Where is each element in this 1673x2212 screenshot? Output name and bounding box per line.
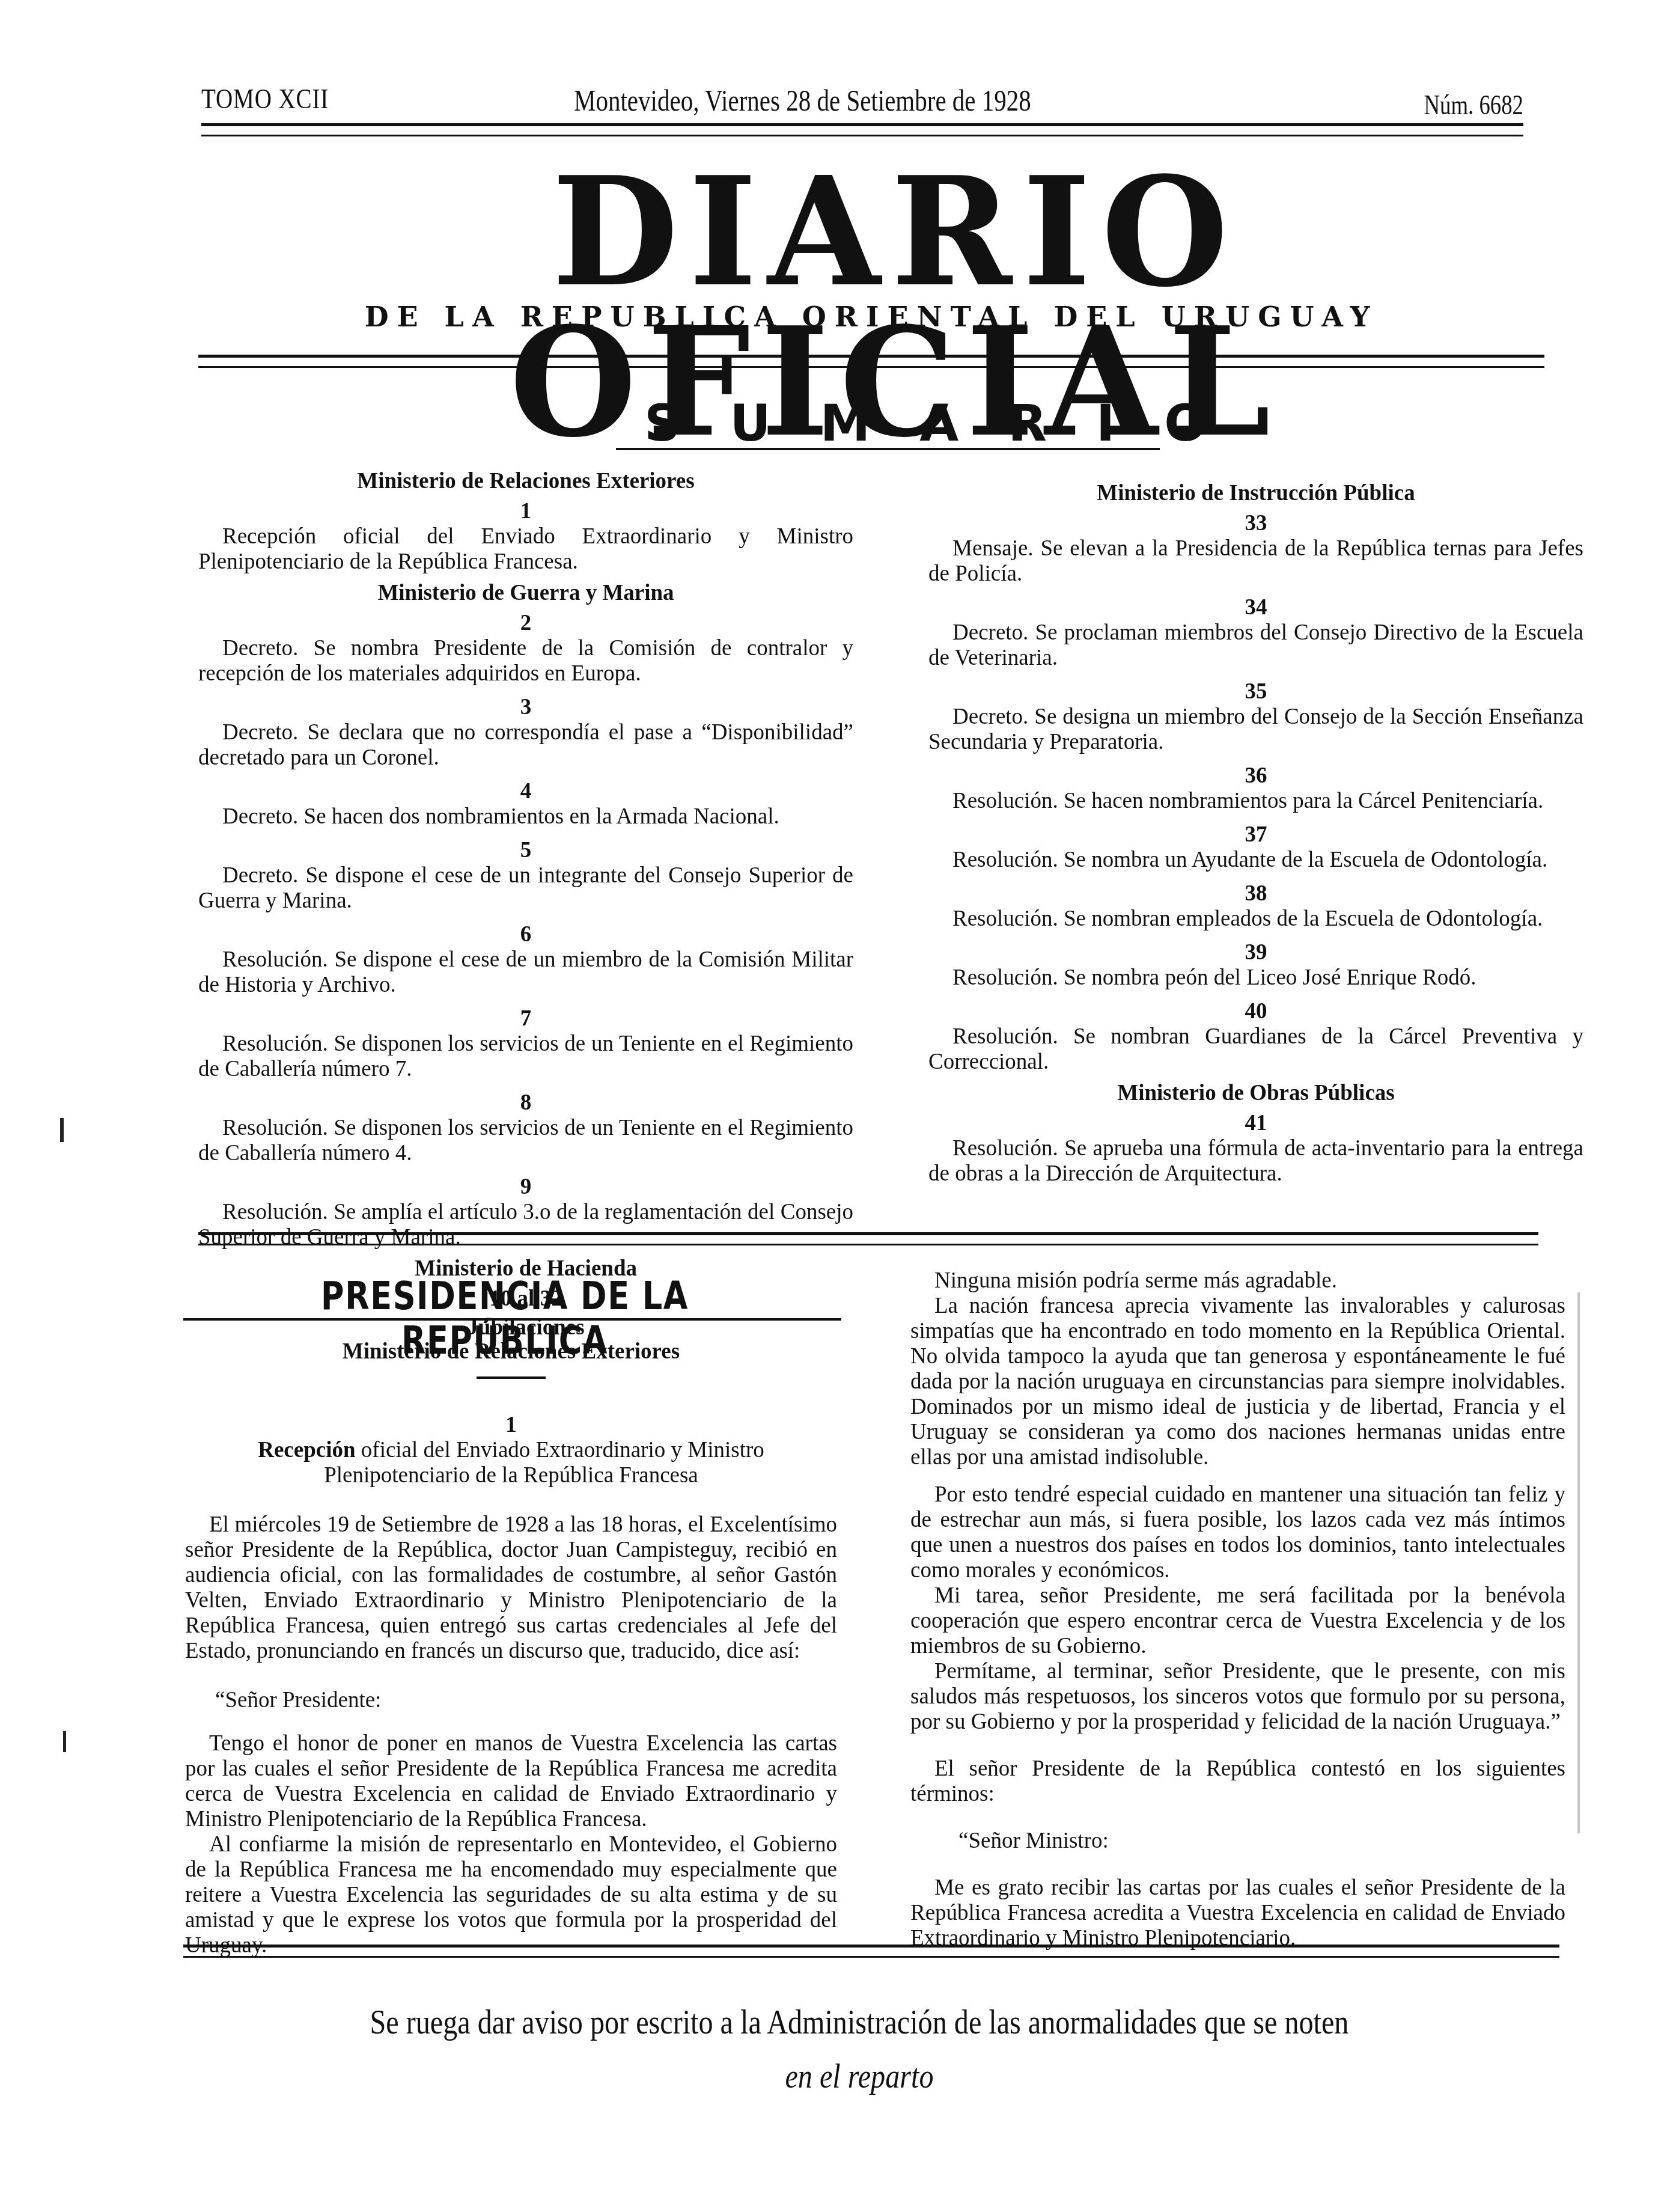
- summary-item: Resolución. Se disponen los servicios de…: [198, 1031, 853, 1082]
- summary-item-number: 3: [198, 695, 853, 720]
- summary-item: Decreto. Se nombra Presidente de la Comi…: [198, 636, 853, 686]
- article-headline-bold: Recepción: [258, 1438, 355, 1462]
- place-date: Montevideo, Viernes 28 de Setiembre de 1…: [574, 83, 1031, 118]
- summary-item: Resolución. Se nombran empleados de la E…: [928, 906, 1583, 932]
- summary-item: Resolución. Se nombra peón del Liceo Jos…: [928, 965, 1583, 991]
- summary-ministry-heading: Ministerio de Guerra y Marina: [198, 581, 853, 606]
- summary-item: Resolución. Se disponen los servicios de…: [198, 1116, 853, 1166]
- summary-item: Resolución. Se aprueba una fórmula de ac…: [928, 1136, 1583, 1187]
- summary-item-number: 5: [198, 838, 853, 863]
- summary-ministry-heading: Ministerio de Instrucción Pública: [928, 481, 1583, 506]
- summary-ministry-heading: Ministerio de Relaciones Exteriores: [198, 469, 853, 494]
- summary-item-number: 33: [928, 511, 1583, 536]
- article-ministry: Ministerio de Relaciones Exteriores: [185, 1339, 837, 1364]
- summary-item-number: 4: [198, 779, 853, 804]
- article-left-column: Ministerio de Relaciones Exteriores 1 Re…: [185, 1334, 837, 1958]
- summary-item-number: 6: [198, 922, 853, 947]
- article-paragraph: Mi tarea, señor Presidente, me será faci…: [910, 1583, 1565, 1659]
- subtitle-rule: [198, 355, 1544, 368]
- summary-item-number: 35: [928, 679, 1583, 704]
- article-right-column: Ninguna misión podría serme más agradabl…: [910, 1268, 1565, 1951]
- summary-item-number: 34: [928, 595, 1583, 620]
- article-paragraph: El señor Presidente de la República cont…: [910, 1756, 1565, 1807]
- sumario-heading: SUMARIO: [595, 394, 1215, 453]
- scan-edge-noise: [1577, 1292, 1580, 1833]
- article-headline-rest: oficial del Enviado Extraordinario y Min…: [324, 1438, 764, 1488]
- summary-item: Resolución. Se nombran Guardianes de la …: [928, 1024, 1583, 1075]
- summary-item: Decreto. Se designa un miembro del Conse…: [928, 704, 1583, 755]
- scan-speck: [60, 1118, 64, 1142]
- newspaper-subtitle: DE LA REPUBLICA ORIENTAL DEL URUGUAY: [361, 301, 1382, 333]
- speech-salutation: “Señor Presidente:: [185, 1688, 837, 1713]
- masthead-info-line: TOMO XCII Montevideo, Viernes 28 de Seti…: [201, 71, 1523, 125]
- article-paragraph: Ninguna misión podría serme más agradabl…: [910, 1268, 1565, 1294]
- summary-item: Decreto. Se declara que no correspondía …: [198, 720, 853, 771]
- volume-label: TOMO XCII: [201, 83, 329, 115]
- summary-item: Recepción oficial del Enviado Extraordin…: [198, 524, 853, 575]
- summary-item-number: 36: [928, 763, 1583, 789]
- summary-item-number: 8: [198, 1090, 853, 1116]
- summary-item: Decreto. Se hacen dos nombramientos en l…: [198, 804, 853, 829]
- summary-item-number: 39: [928, 940, 1583, 965]
- summary-item: Mensaje. Se elevan a la Presidencia de l…: [928, 536, 1583, 587]
- summary-ministry-heading: Ministerio de Obras Públicas: [928, 1081, 1583, 1106]
- summary-item-number: 40: [928, 999, 1583, 1024]
- article-paragraph: Permítame, al terminar, señor Presidente…: [910, 1659, 1565, 1735]
- scan-speck: [63, 1731, 66, 1752]
- summary-item-number: 38: [928, 881, 1583, 906]
- summary-item: Resolución. Se hacen nombramientos para …: [928, 789, 1583, 814]
- summary-item: Decreto. Se dispone el cese de un integr…: [198, 863, 853, 914]
- article-paragraph: La nación francesa aprecia vivamente las…: [910, 1294, 1565, 1470]
- article-headline: Recepción oficial del Enviado Extraordin…: [185, 1438, 837, 1488]
- article-paragraph: Tengo el honor de poner en manos de Vues…: [185, 1731, 837, 1832]
- summary-item-number: 41: [928, 1111, 1583, 1136]
- summary-left-column: Ministerio de Relaciones Exteriores1Rece…: [198, 463, 853, 1340]
- article-paragraph: Me es grato recibir las cartas por las c…: [910, 1875, 1565, 1951]
- summary-bottom-rule: [198, 1232, 1538, 1245]
- notice-line-1: Se ruega dar aviso por escrito a la Admi…: [291, 1996, 1428, 2050]
- notice-line-2: en el reparto: [291, 2050, 1428, 2104]
- sumario-underline: [616, 448, 1160, 450]
- summary-item: Resolución. Se dispone el cese de un mie…: [198, 947, 853, 998]
- article-paragraph: El miércoles 19 de Setiembre de 1928 a l…: [185, 1512, 837, 1664]
- article-number: 1: [185, 1413, 837, 1438]
- summary-item: Resolución. Se nombra un Ayudante de la …: [928, 848, 1583, 873]
- summary-item-number: 9: [198, 1175, 853, 1200]
- article-paragraph: Por esto tendré especial cuidado en mant…: [910, 1482, 1565, 1583]
- summary-right-column: Ministerio de Instrucción Pública33Mensa…: [928, 475, 1583, 1187]
- summary-item: Decreto. Se proclaman miembros del Conse…: [928, 620, 1583, 671]
- summary-item-number: 1: [198, 499, 853, 524]
- reply-salutation: “Señor Ministro:: [910, 1829, 1565, 1854]
- article-bottom-rule: [183, 1945, 1559, 1958]
- summary-item-number: 2: [198, 611, 853, 636]
- summary-item-number: 7: [198, 1006, 853, 1031]
- summary-item-number: 37: [928, 822, 1583, 848]
- distribution-notice: Se ruega dar aviso por escrito a la Admi…: [291, 1996, 1428, 2104]
- article-paragraph: Al confiarme la misión de representarlo …: [185, 1832, 837, 1958]
- section-underline: [183, 1318, 841, 1321]
- masthead-rule: [201, 123, 1523, 136]
- issue-number: Núm. 6682: [1424, 89, 1523, 121]
